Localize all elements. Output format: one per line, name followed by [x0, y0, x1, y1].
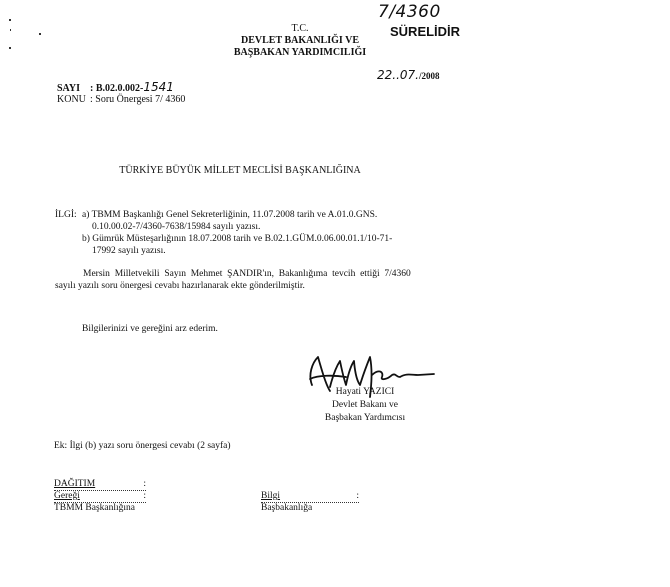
- ilgi-label: İLGİ:: [55, 209, 77, 221]
- handwritten-reference: 7/4360: [378, 2, 441, 22]
- distribution-colon: :: [143, 478, 146, 490]
- info-colon: :: [356, 490, 359, 502]
- body-line-1: Mersin Milletvekili Sayın Mehmet ŞANDIR'…: [55, 268, 411, 280]
- deadline-stamp: SÜRELİDİR: [390, 24, 460, 39]
- action-recipient: TBMM Başkanlığına: [54, 502, 135, 514]
- sayi-handwritten: 1541: [143, 80, 174, 94]
- signatory-title-2: Başbakan Yardımcısı: [310, 412, 420, 425]
- info-label: Bilgi: [261, 491, 280, 501]
- scan-speck: [9, 19, 11, 21]
- konu-value: : Soru Önergesi 7/ 4360: [90, 94, 185, 105]
- ilgi-item-a-line-1: a) TBMM Başkanlığı Genel Sekreterliğinin…: [82, 209, 392, 221]
- info-recipient: Başbakanlığa: [261, 502, 312, 514]
- scan-speck: [39, 33, 41, 35]
- document-date: 22..07./2008: [377, 66, 440, 84]
- date-handwritten: 22..07.: [377, 68, 419, 82]
- konu-row: KONU: Soru Önergesi 7/ 4360: [57, 94, 185, 105]
- distribution-heading: DAĞITIM: [54, 479, 95, 489]
- scan-speck: [9, 47, 11, 49]
- attachment-note: Ek: İlgi (b) yazı soru önergesi cevabı (…: [54, 441, 231, 451]
- ilgi-item-b-line-2: 17992 sayılı yazısı.: [82, 245, 392, 257]
- letterhead-line-3: BAŞBAKAN YARDIMCILIĞI: [130, 47, 470, 59]
- action-colon: :: [143, 490, 146, 502]
- signatory-name: Hayati YAZICI: [310, 386, 420, 399]
- scan-speck: [10, 29, 11, 31]
- ilgi-item-b-line-1: b) Gümrük Müsteşarlığının 18.07.2008 tar…: [82, 233, 392, 245]
- action-label: Gereği: [54, 491, 80, 501]
- ilgi-item-a-line-2: 0.10.00.02-7/4360-7638/15984 sayılı yazı…: [82, 221, 392, 233]
- body-paragraph: Mersin Milletvekili Sayın Mehmet ŞANDIR'…: [55, 268, 411, 292]
- addressee: TÜRKİYE BÜYÜK MİLLET MECLİSİ BAŞKANLIĞIN…: [40, 165, 440, 176]
- konu-label: KONU: [57, 94, 90, 105]
- distribution-section: DAĞITIM : Gereği : TBMM Başkanlığına Bil…: [54, 478, 374, 518]
- signature-block: Hayati YAZICI Devlet Bakanı ve Başbakan …: [310, 386, 420, 425]
- signatory-title-1: Devlet Bakanı ve: [310, 399, 420, 412]
- date-printed: /2008: [419, 71, 440, 81]
- sayi-value: : B.02.0.002-: [90, 83, 143, 94]
- closing-line: Bilgilerinizi ve gereğini arz ederim.: [82, 324, 218, 334]
- sayi-label: SAYI: [57, 83, 90, 94]
- sayi-row: SAYI: B.02.0.002-1541: [57, 80, 174, 94]
- body-line-2: sayılı yazılı soru önergesi cevabı hazır…: [55, 280, 411, 292]
